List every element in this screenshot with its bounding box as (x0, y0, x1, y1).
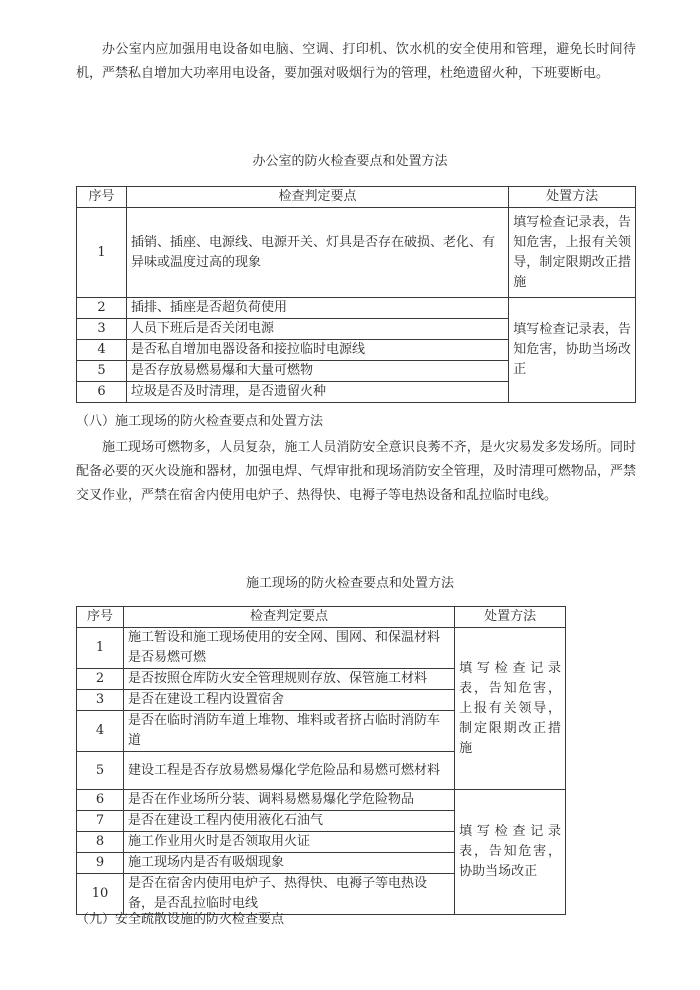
office-inspection-table: 序号 检查判定要点 处置方法 1 插销、插座、电源线、电源开关、灯具是否存在破损… (76, 186, 636, 403)
office-table-title: 办公室的防火检查要点和处置方法 (0, 150, 700, 169)
section8-paragraph: 施工现场可燃物多，人员复杂，施工人员消防安全意识良莠不齐，是火灾易发多发场所。同… (76, 436, 636, 508)
header-number: 序号 (77, 187, 127, 208)
header-method: 处置方法 (509, 187, 636, 208)
site-inspection-table: 序号 检查判定要点 处置方法 1 施工暂设和施工现场使用的安全网、围网、和保温材… (76, 606, 566, 915)
header-point: 检查判定要点 (126, 187, 508, 208)
table-row: 2 插排、插座是否超负荷使用 填写检查记录表，告知危害，协助当场改正 (77, 298, 636, 319)
section9-heading: （九）安全疏散设施的防火检查要点 (76, 908, 284, 927)
header-number: 序号 (77, 607, 124, 628)
intro-paragraph: 办公室内应加强用电设备如电脑、空调、打印机、饮水机的安全使用和管理，避免长时间待… (76, 38, 636, 86)
method-cell: 填写检查记录表，告知危害，上报有关领导，制定限期改正措施 (455, 628, 566, 790)
table-row: 1 施工暂设和施工现场使用的安全网、围网、和保温材料是否易燃可燃 填写检查记录表… (77, 628, 566, 669)
method-cell: 填写检查记录表，告知危害，协助当场改正 (509, 298, 636, 403)
site-table-title: 施工现场的防火检查要点和处置方法 (0, 572, 700, 591)
header-method: 处置方法 (455, 607, 566, 628)
section8-heading: （八）施工现场的防火检查要点和处置方法 (76, 410, 323, 429)
table-row: 6 是否在作业场所分装、调料易燃易爆化学危险物品 填写检查记录表，告知危害，协助… (77, 790, 566, 811)
method-cell: 填写检查记录表，告知危害，上报有关领导，制定限期改正措施 (509, 208, 636, 298)
header-point: 检查判定要点 (123, 607, 454, 628)
table-row: 1 插销、插座、电源线、电源开关、灯具是否存在破损、老化、有异味或温度过高的现象… (77, 208, 636, 298)
method-cell: 填写检查记录表，告知危害，协助当场改正 (455, 790, 566, 915)
